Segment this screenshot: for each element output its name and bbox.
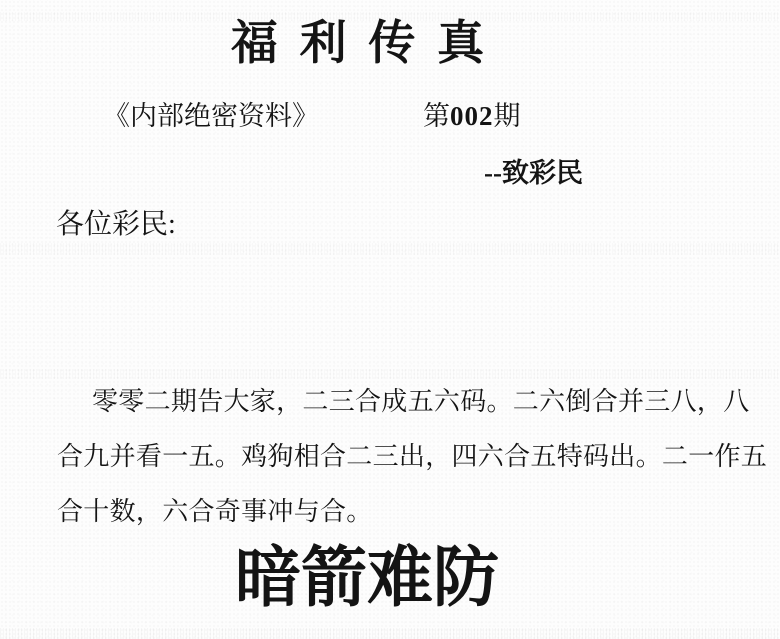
- body-line-1: 零零二期告大家，二三合成五六码。二六倒合并三八，八: [57, 374, 747, 429]
- issue-prefix: 第: [423, 101, 450, 131]
- salutation-line: 各位彩民:: [56, 208, 176, 242]
- headline-text: 暗箭难防: [235, 546, 499, 612]
- scan-noise-band: [0, 243, 780, 255]
- page-title: 福 利 传 真: [0, 21, 750, 68]
- issue-digits: 002: [450, 101, 494, 131]
- issue-number: 第002期: [423, 100, 521, 132]
- dedication-line: --致彩民: [484, 157, 583, 189]
- body-paragraph: 零零二期告大家，二三合成五六码。二六倒合并三八，八 合九并看一五。鸡狗相合二三出…: [57, 374, 747, 539]
- body-line-3: 合十数，六合奇事冲与合。: [57, 484, 747, 539]
- fax-document-page: 福 利 传 真 《内部绝密资料》 第002期 --致彩民 各位彩民: 零零二期告…: [0, 0, 780, 639]
- classification-label: 《内部绝密资料》: [103, 100, 319, 132]
- scan-noise-band: [0, 628, 780, 639]
- body-line-2: 合九并看一五。鸡狗相合二三出，四六合五特码出。二一作五: [57, 429, 747, 484]
- issue-suffix: 期: [494, 101, 521, 131]
